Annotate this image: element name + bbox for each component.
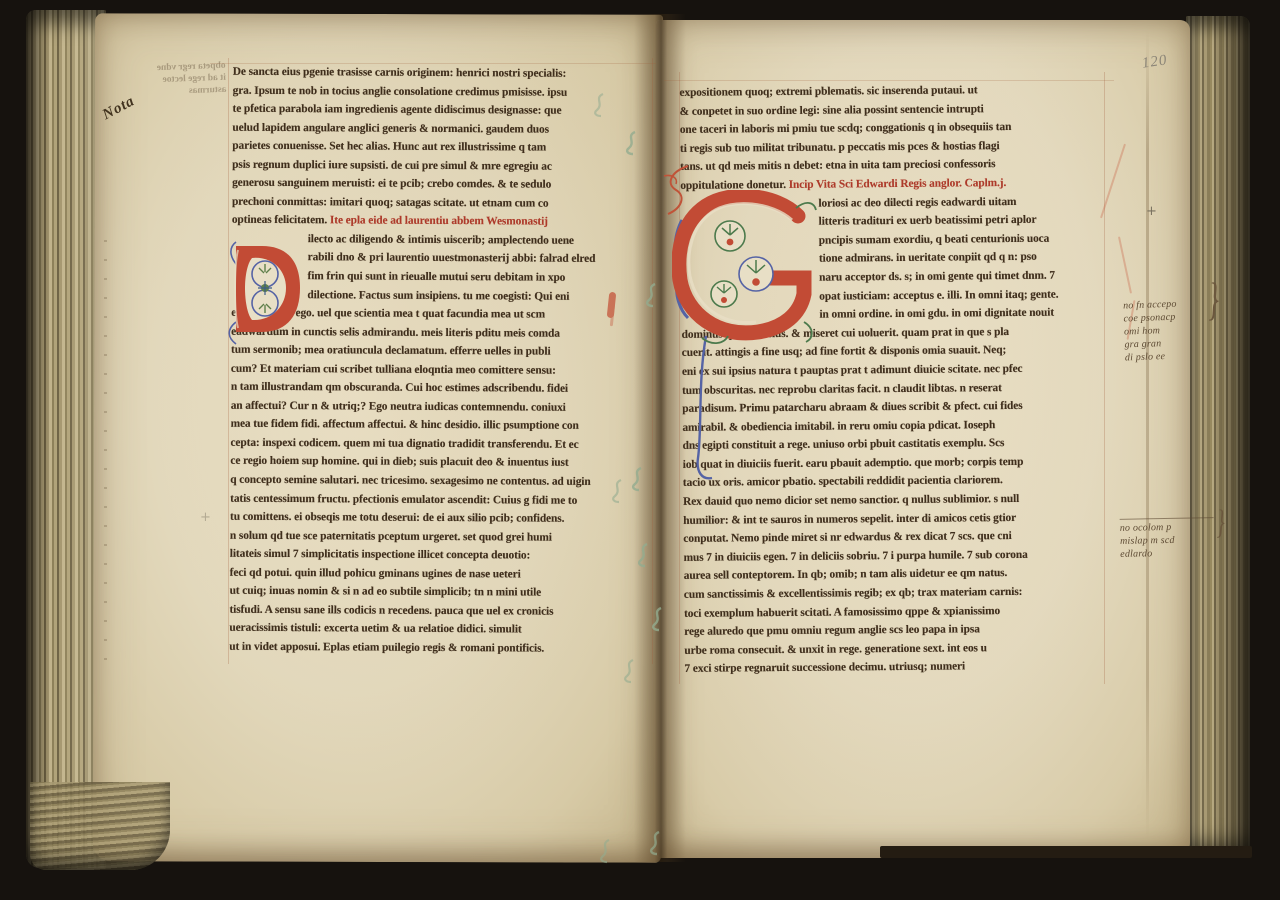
body-text: in omni ordine. in omi gdu. in omi digni… (819, 307, 1054, 321)
page-crease (1146, 30, 1149, 840)
body-text: optineas felicitatem. (232, 214, 330, 227)
body-text: mea tue fidem fidi. affectum affectui. &… (231, 418, 579, 432)
body-text: 7 exci stirpe regnaruit successione deci… (684, 661, 965, 675)
plus-mark: + (1146, 204, 1157, 219)
green-showthrough-mark (648, 830, 662, 861)
manuscript-line: generosu sanguinem meruisti: ei te pcib;… (232, 174, 658, 195)
body-text: n tam illustrandam qm obscuranda. Cui ho… (231, 381, 568, 395)
body-text: gra. Ipsum te nob in tocius anglie conso… (233, 84, 568, 98)
manuscript-line: mea tue fidem fidi. affectum affectui. &… (231, 415, 657, 436)
body-text: fim frin qui sunt in rieualle mutui seru… (307, 270, 565, 284)
body-text: humilior: & int te sauros in numeros sep… (683, 512, 1016, 527)
green-showthrough-mark (624, 130, 638, 161)
body-text: opat iusticiam: acceptus e. illi. In omn… (819, 288, 1058, 302)
body-text: ti regis sub tuo militat tribunatu. p pe… (680, 140, 1000, 155)
body-text: Rex dauid quo nemo dicior set nemo sanct… (683, 493, 1019, 508)
body-text: aurea sell conteptorem. In qb; omib; n t… (684, 567, 1008, 582)
body-text: expositionem quoq; extremi pblematis. si… (679, 84, 977, 99)
body-text: ilecto ac diligendo & intimis uiscerib; … (308, 233, 574, 247)
green-showthrough-mark (592, 92, 606, 123)
body-text: loriosi ac deo dilecti regis eadwardi ui… (818, 195, 1016, 209)
body-text: ueracissimis tistuli: excerta uetim & ua… (229, 622, 521, 636)
body-text: uelud lapidem angulare anglici generis &… (232, 121, 549, 135)
book-board-edge (880, 846, 1252, 858)
green-showthrough-mark (630, 466, 644, 497)
body-text: cum? Et materiam cui scribet tulliana el… (231, 362, 556, 376)
manuscript-line: q concepto semine salutari. nec tricesim… (230, 471, 656, 492)
body-text: an affectui? Cur n & utriq;? Ego neutra … (231, 400, 566, 414)
showthrough-text: obpeta regr vdneit ad rege lectoeasturma… (95, 60, 226, 101)
rubric-text: Ite epla eide ad laurentiu abbem Wesmona… (330, 215, 548, 228)
body-text: psis regnum duplici iure supsisti. de cu… (232, 158, 552, 172)
body-text: rabili dno & pri laurentio uuestmonaster… (308, 252, 596, 266)
body-text: tans. ut qd meis mitis n debet: etna in … (680, 158, 995, 173)
body-text: dilectione. Factus sum insipiens. tu me … (307, 289, 569, 303)
manuscript-line: ueracissimis tistuli: excerta uetim & ua… (229, 619, 655, 640)
page-edge-stack-right (1186, 16, 1250, 858)
body-text: De sancta eius pgenie trasisse carnis or… (233, 66, 567, 80)
gloss-brace: } (1208, 292, 1220, 305)
illuminated-initial-D (222, 236, 306, 346)
body-text: parietes conuenisse. Set hec alias. Hunc… (232, 140, 546, 154)
gloss-brace: } (1217, 516, 1226, 529)
green-showthrough-mark (598, 838, 612, 869)
manuscript-line: ut in videt apposui. Eplas etiam puilegi… (229, 638, 655, 659)
body-text: cum sanctissimis & excellentissimis regi… (684, 586, 1023, 601)
body-text: tisfudi. A sensu sane ills codicis n rec… (229, 604, 553, 618)
body-text: ut cuiq; inuas nomin & si n ad eo subtil… (230, 585, 542, 599)
illuminated-initial-G (672, 190, 818, 490)
body-text: ce regio hoiem sup homine. qui in dieb; … (230, 455, 568, 469)
manuscript-line: parietes conuenisse. Set hec alias. Hunc… (232, 137, 658, 158)
manuscript-line: ut cuiq; inuas nomin & si n ad eo subtil… (230, 582, 656, 603)
body-text: prechoni conmittas: imitari quoq; sataga… (232, 196, 549, 210)
body-text: cepta: inspexi codicem. quem mi tua dign… (230, 437, 578, 451)
body-text: n solum qd tue sce paternitatis pceptum … (230, 529, 552, 543)
body-text: feci qd potui. quin illud pohicu gminans… (230, 566, 521, 580)
body-text: mus 7 in diuiciis egen. 7 in deliciis so… (683, 549, 1027, 564)
body-text: tu comittens. ei obseqis me totu deserui… (230, 511, 564, 525)
manuscript-line: tu comittens. ei obseqis me totu deserui… (230, 508, 656, 529)
green-showthrough-mark (622, 658, 636, 689)
body-text: litateis simul 7 simplicitatis inspectio… (230, 548, 530, 562)
green-showthrough-mark (644, 282, 658, 313)
body-text: & conpetet in suo ordine legi: sine alia… (680, 103, 984, 118)
manuscript-line: n tam illustrandam qm obscuranda. Cui ho… (231, 378, 657, 399)
manuscript-line: litateis simul 7 simplicitatis inspectio… (230, 545, 656, 566)
body-text: naru acceptor ds. s; in omi gente qui ti… (819, 270, 1055, 284)
body-text: one taceri in laboris mi pmiu tue scdq; … (680, 121, 1012, 136)
body-text: tione admirans. in ueritate conpiit qd q… (819, 251, 1037, 265)
body-text: te pfetica parabola iam ingredienis agen… (232, 103, 561, 117)
body-text: pncipis sumam exordiu, q beati centurion… (819, 232, 1050, 246)
gloss-line: edlardo (1120, 546, 1214, 561)
body-text: ut in videt apposui. Eplas etiam puilegi… (229, 641, 544, 655)
green-showthrough-mark (636, 542, 650, 573)
body-text: q concepto semine salutari. nec tricesim… (230, 474, 590, 488)
green-showthrough-mark (650, 606, 664, 637)
body-text: conputat. Nemo pinde miret si nr edwardu… (683, 530, 1011, 545)
pricking-marks (104, 240, 107, 660)
left-margin-annotation: obpeta regr vdneit ad rege lectoeasturma… (96, 62, 226, 148)
red-flourish-mark (662, 164, 696, 221)
green-showthrough-mark (610, 478, 624, 509)
margin-note-lower: } no ocolom pmislap m scdedlardo (1120, 517, 1215, 561)
left-page-text: De sancta eius pgenie trasisse carnis or… (229, 63, 659, 659)
manuscript-photo: { "document": { "type": "medieval manusc… (0, 0, 1280, 900)
manuscript-line: 7 exci stirpe regnaruit successione deci… (684, 657, 1110, 679)
folio-number: 120 (1141, 52, 1169, 72)
manuscript-line: De sancta eius pgenie trasisse carnis or… (233, 63, 659, 84)
body-text: urbe roma consecuit. & unxit in rege. ge… (684, 642, 987, 657)
body-text: tatis centessimum fructu. pfectionis emu… (230, 492, 577, 506)
body-text: generosu sanguinem meruisti: ei te pcib;… (232, 177, 551, 191)
body-text: toci exemplum habuerit scitati. A famosi… (684, 605, 1000, 620)
body-text: rege aluredo que pmu omniu regum anglie … (684, 623, 980, 638)
body-text: litteris tradituri ex uerb beatissimi pe… (819, 214, 1037, 228)
margin-note-upper: } no fn accepocoe psonacpomi homgra gran… (1123, 297, 1211, 365)
page-edge-stack-bottom (30, 782, 170, 870)
rubric-text: Incip Vita Sci Edwardi Regis anglor. Cap… (789, 177, 1007, 191)
plus-mark: + (200, 510, 211, 525)
manuscript-line: optineas felicitatem. Ite epla eide ad l… (232, 211, 658, 232)
